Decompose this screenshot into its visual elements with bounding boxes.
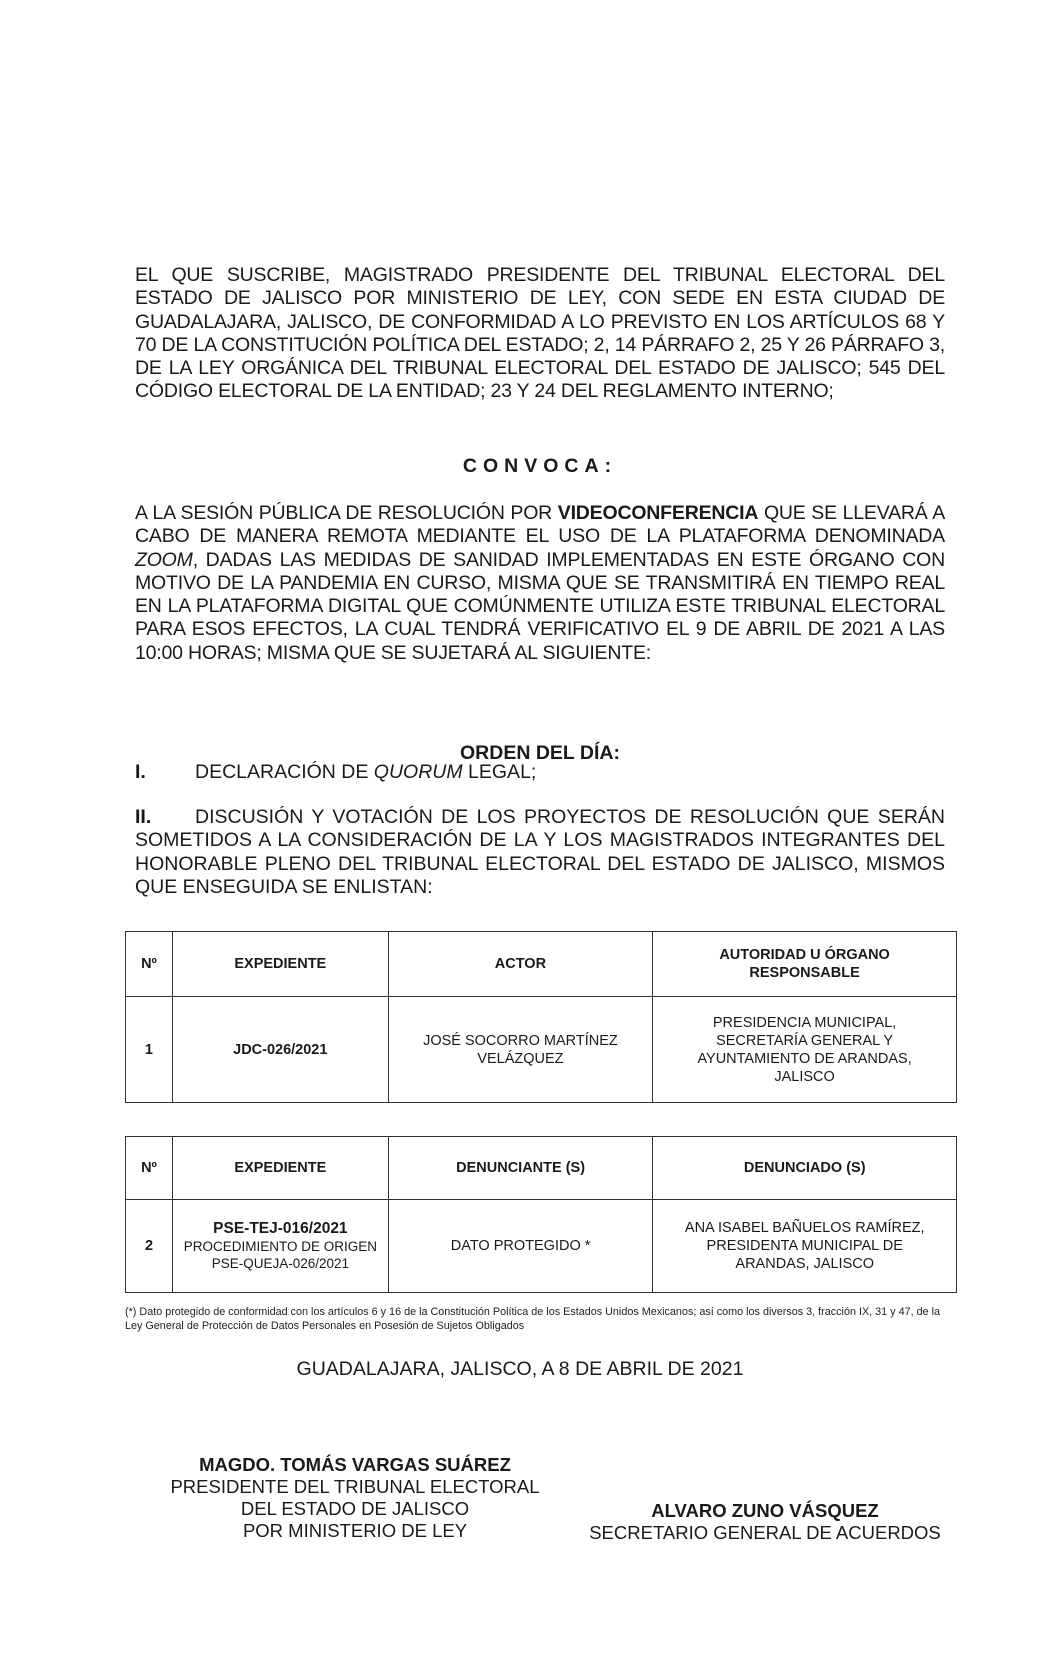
header-no: Nº	[126, 1137, 173, 1200]
table-header-row: Nº EXPEDIENTE DENUNCIANTE (S) DENUNCIADO…	[126, 1137, 957, 1200]
cases-table-pse: Nº EXPEDIENTE DENUNCIANTE (S) DENUNCIADO…	[125, 1136, 957, 1293]
intro-paragraph: EL QUE SUSCRIBE, MAGISTRADO PRESIDENTE D…	[135, 264, 945, 404]
agenda-item-text: DECLARACIÓN DE	[195, 761, 374, 783]
agenda-item-italic: QUORUM	[374, 761, 463, 783]
cell-actor: JOSÉ SOCORRO MARTÍNEZ VELÁZQUEZ	[388, 997, 653, 1103]
agenda-item-2: II.DISCUSIÓN Y VOTACIÓN DE LOS PROYECTOS…	[135, 806, 945, 899]
header-expediente: EXPEDIENTE	[172, 932, 388, 997]
session-paragraph: A LA SESIÓN PÚBLICA DE RESOLUCIÓN POR VI…	[135, 502, 945, 665]
signature-president: MAGDO. TOMÁS VARGAS SUÁREZ PRESIDENTE DE…	[150, 1454, 560, 1542]
header-expediente: EXPEDIENTE	[172, 1137, 388, 1200]
agenda-item-1: I.DECLARACIÓN DE QUORUM LEGAL;	[135, 761, 945, 784]
footnote: (*) Dato protegido de conformidad con lo…	[125, 1305, 957, 1333]
session-text-1: A LA SESIÓN PÚBLICA DE RESOLUCIÓN POR	[135, 502, 558, 524]
header-autoridad: AUTORIDAD U ÓRGANO RESPONSABLE	[653, 932, 957, 997]
agenda-item-number: II.	[135, 806, 195, 829]
agenda-item-number: I.	[135, 761, 195, 784]
signer-title: SECRETARIO GENERAL DE ACUERDOS	[570, 1522, 960, 1544]
cell-no: 1	[126, 997, 173, 1103]
convoca-heading: CONVOCA:	[135, 455, 945, 478]
cell-no: 2	[126, 1200, 173, 1293]
cell-autoridad: PRESIDENCIA MUNICIPAL, SECRETARÍA GENERA…	[653, 997, 957, 1103]
session-text-3: , DADAS LAS MEDIDAS DE SANIDAD IMPLEMENT…	[135, 549, 945, 664]
session-platform: ZOOM	[135, 549, 193, 571]
agenda-item-text-end: LEGAL;	[463, 761, 537, 783]
header-denunciante: DENUNCIANTE (S)	[388, 1137, 653, 1200]
place-date-line: GUADALAJARA, JALISCO, A 8 DE ABRIL DE 20…	[0, 1358, 1040, 1381]
table-header-row: Nº EXPEDIENTE ACTOR AUTORIDAD U ÓRGANO R…	[126, 932, 957, 997]
agenda-item-text: DISCUSIÓN Y VOTACIÓN DE LOS PROYECTOS DE…	[135, 806, 945, 898]
header-actor: ACTOR	[388, 932, 653, 997]
signer-title: DEL ESTADO DE JALISCO	[150, 1498, 560, 1520]
cell-denunciante: DATO PROTEGIDO *	[388, 1200, 653, 1293]
signer-name: ALVARO ZUNO VÁSQUEZ	[570, 1500, 960, 1522]
table-row: 1 JDC-026/2021 JOSÉ SOCORRO MARTÍNEZ VEL…	[126, 997, 957, 1103]
cases-table-jdc: Nº EXPEDIENTE ACTOR AUTORIDAD U ÓRGANO R…	[125, 931, 957, 1103]
header-no: Nº	[126, 932, 173, 997]
signer-name: MAGDO. TOMÁS VARGAS SUÁREZ	[150, 1454, 560, 1476]
table-row: 2 PSE-TEJ-016/2021 PROCEDIMIENTO DE ORIG…	[126, 1200, 957, 1293]
cell-expediente: JDC-026/2021	[172, 997, 388, 1103]
signer-title: PRESIDENTE DEL TRIBUNAL ELECTORAL	[150, 1476, 560, 1498]
cell-denunciado: ANA ISABEL BAÑUELOS RAMÍREZ, PRESIDENTA …	[653, 1200, 957, 1293]
session-mode: VIDEOCONFERENCIA	[558, 502, 758, 524]
cell-expediente: PSE-TEJ-016/2021 PROCEDIMIENTO DE ORIGEN…	[172, 1200, 388, 1293]
signature-secretary: ALVARO ZUNO VÁSQUEZ SECRETARIO GENERAL D…	[570, 1500, 960, 1544]
signer-title: POR MINISTERIO DE LEY	[150, 1520, 560, 1542]
header-denunciado: DENUNCIADO (S)	[653, 1137, 957, 1200]
